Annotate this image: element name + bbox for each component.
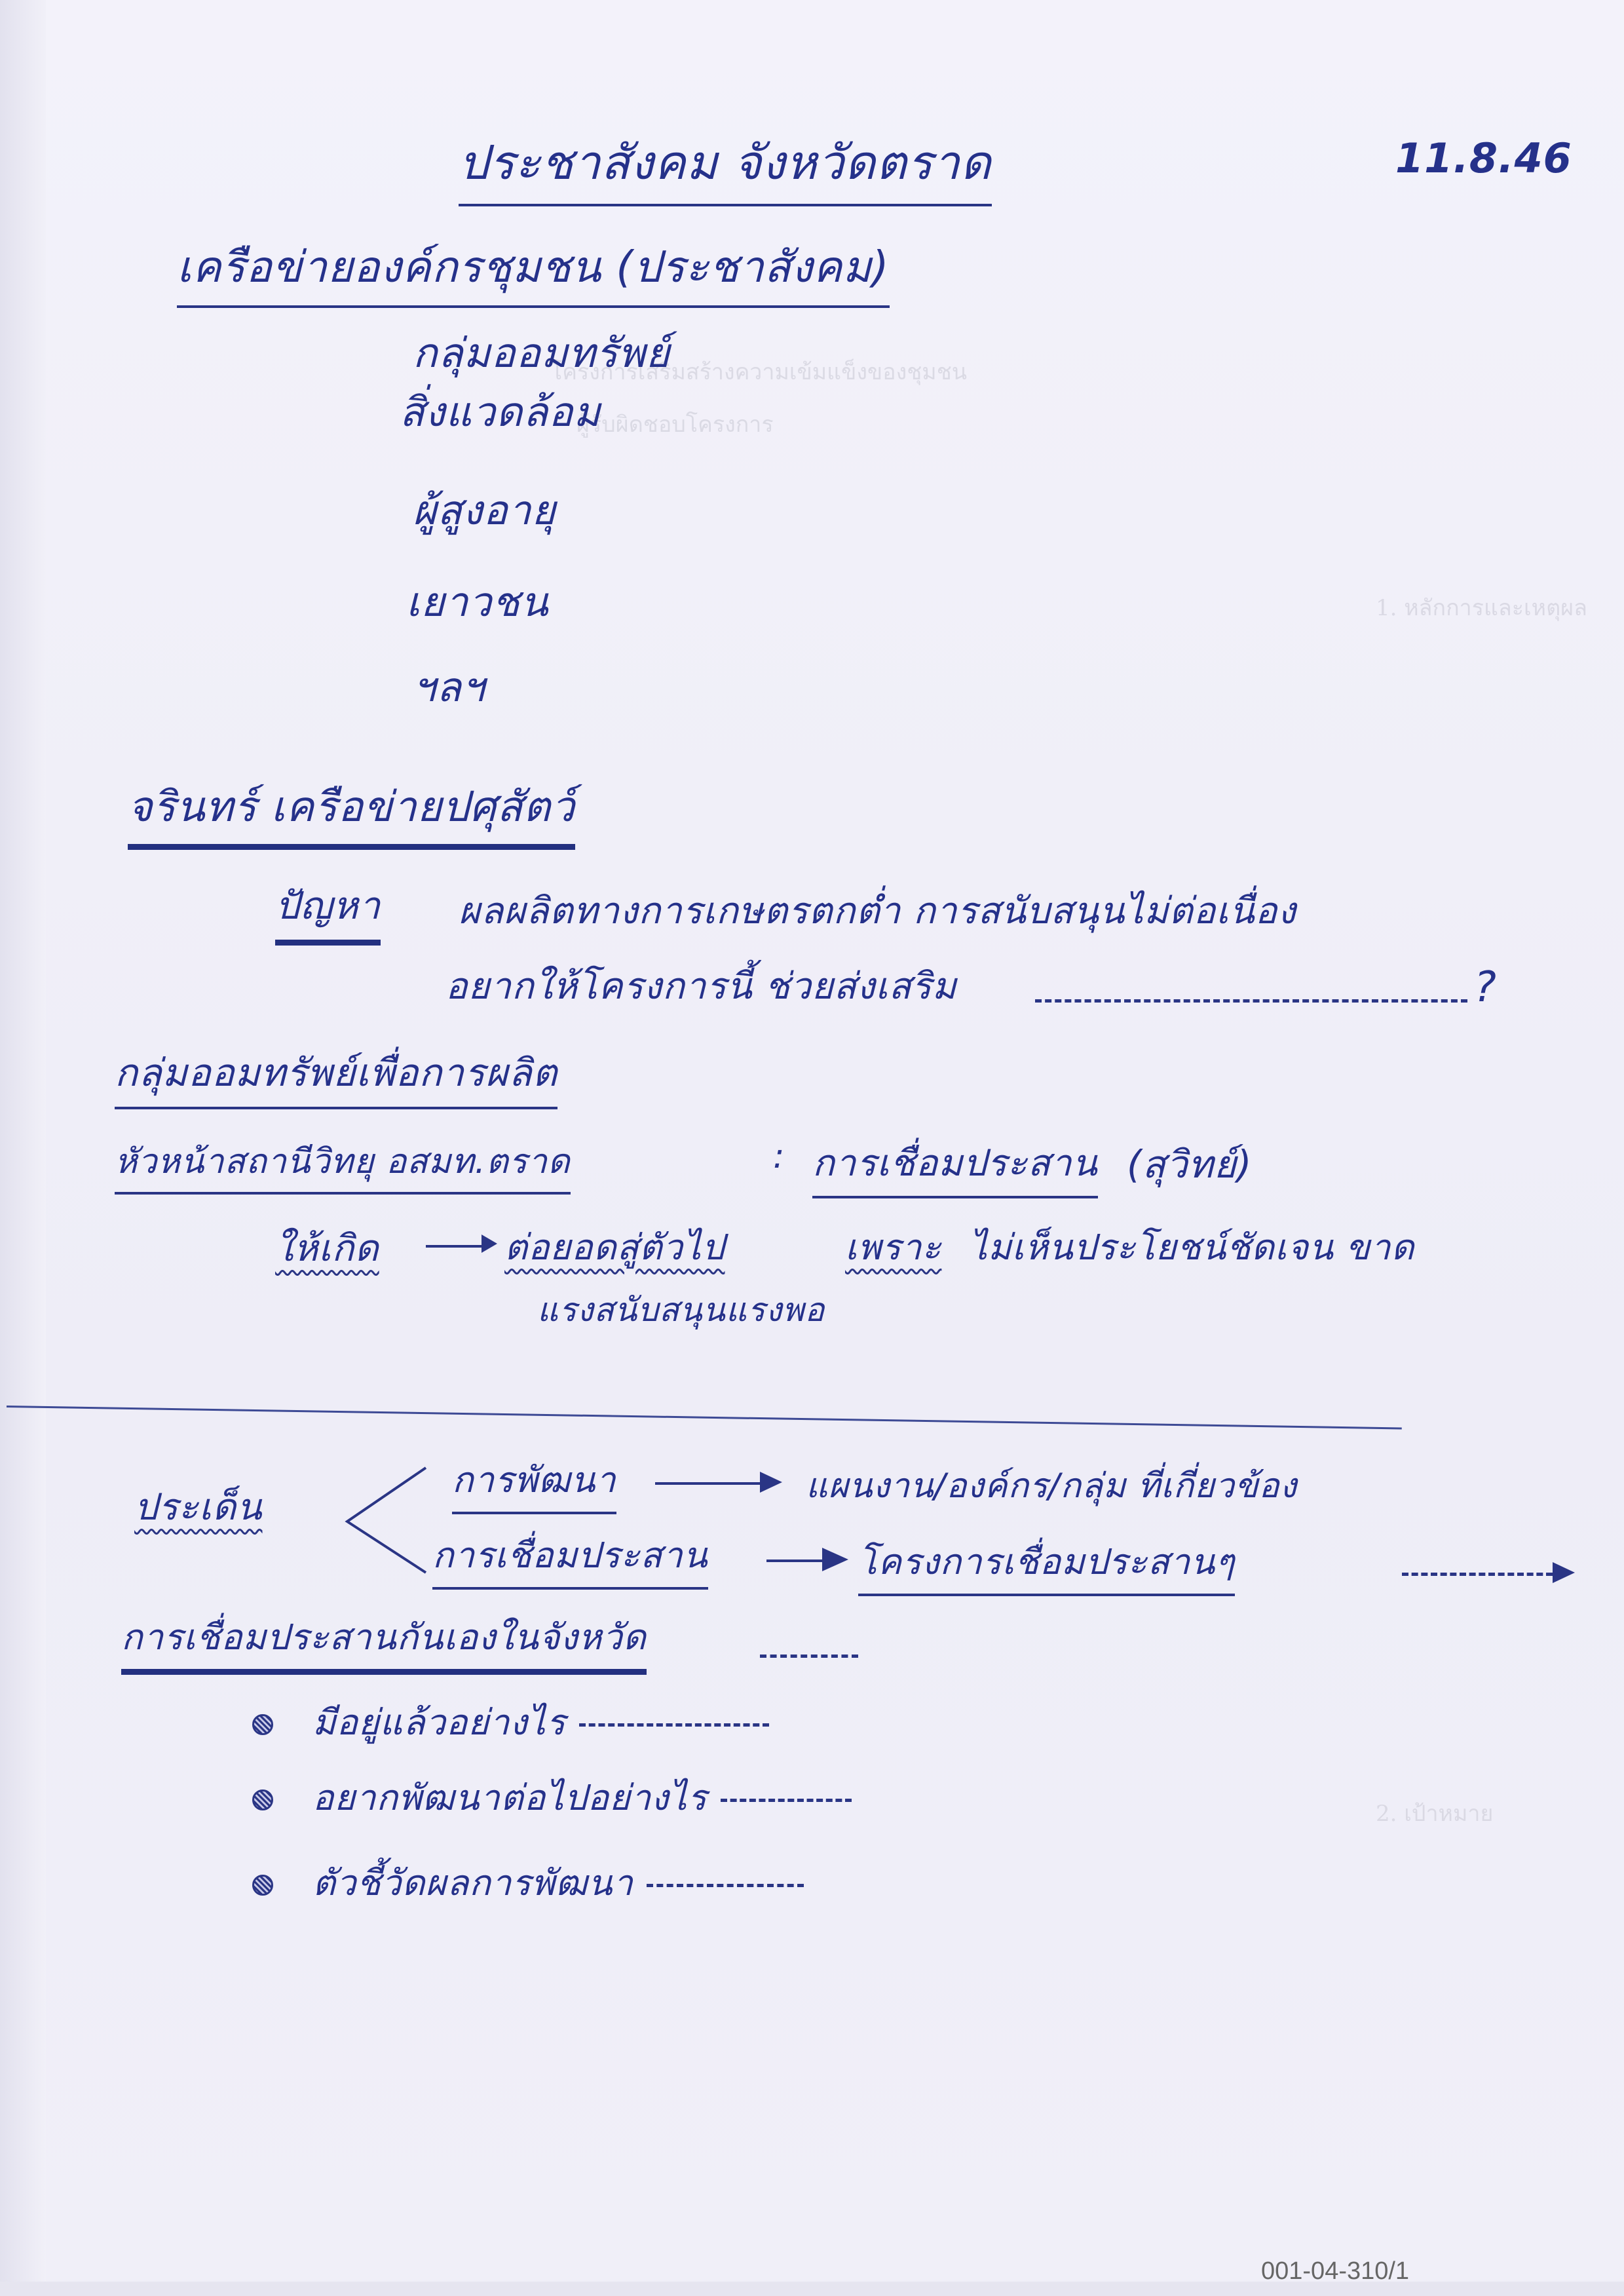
group-heading: กลุ่มออมทรัพย์เพื่อการผลิต [115, 1042, 557, 1109]
date: 11.8.46 [1395, 134, 1572, 182]
wish-question-mark: ? [1474, 963, 1497, 1012]
arrow-right-icon [482, 1234, 497, 1253]
scanned-page: โครงการเสริมสร้างความเข้มแข็งของชุมชน ผู… [0, 0, 1624, 2296]
bullet-text: อยากพัฒนาต่อไปอย่างไร [312, 1777, 708, 1818]
arrow-line [655, 1482, 766, 1485]
arrow-line [426, 1245, 485, 1248]
section-divider [7, 1406, 1402, 1429]
arrow-right-icon [1553, 1562, 1575, 1583]
reason-text-continued: แรงสนับสนุนแรงพอ [537, 1284, 825, 1336]
bullet-text: มีอยู่แล้วอย่างไร [312, 1702, 566, 1743]
network-item: เยาวชน [406, 570, 549, 634]
role-separator: : [773, 1137, 785, 1176]
speaker-topic: การเชื่อมประสาน [812, 1134, 1098, 1198]
document-code: 001-04-310/1 [1261, 2257, 1409, 2286]
blank-line [721, 1799, 852, 1802]
heading-dash-line [760, 1655, 858, 1658]
bullet-item: อยากพัฒนาต่อไปอย่างไร [252, 1769, 852, 1826]
bleed-through-text: ผู้รับผิดชอบโครงการ [576, 406, 774, 442]
network-heading: เครือข่ายองค์กรชุมชน (ประชาสังคม) [177, 233, 890, 308]
scan-edge-left [0, 0, 46, 2296]
branch-label: การพัฒนา [452, 1451, 616, 1514]
bullet-item: ตัวชี้วัดผลการพัฒนา [252, 1854, 804, 1911]
bullet-icon [252, 1789, 273, 1810]
bullet-item: มีอยู่แล้วอย่างไร [252, 1694, 769, 1750]
arrow-right-icon [822, 1548, 848, 1571]
speaker-role: หัวหน้าสถานีวิทยุ อสมท.ตราด [115, 1134, 571, 1195]
bullet-icon [252, 1714, 273, 1735]
because-label: เพราะ [845, 1219, 941, 1275]
bleed-through-text: 1. หลักการและเหตุผล [1376, 590, 1587, 625]
page-title: ประชาสังคม จังหวัดตราด [459, 124, 992, 206]
cause-text: ต่อยอดสู่ตัวไป [504, 1219, 725, 1275]
network-item: ผู้สูงอายุ [413, 478, 556, 543]
continuation-line [1402, 1573, 1553, 1576]
wish-text: อยากให้โครงการนี้ ช่วยส่งเสริม [445, 957, 957, 1015]
arrow-line [766, 1559, 825, 1562]
coordination-heading: การเชื่อมประสานกันเองในจังหวัด [121, 1609, 647, 1675]
problem-text: ผลผลิตทางการเกษตรตกต่ำ การสนับสนุนไม่ต่อ… [459, 881, 1296, 940]
branch-bracket-icon [341, 1461, 432, 1579]
bleed-through-text: 2. เป้าหมาย [1376, 1795, 1493, 1831]
branch-label: การเชื่อมประสาน [432, 1527, 708, 1590]
reason-text: ไม่เห็นประโยชน์ชัดเจน ขาด [970, 1219, 1414, 1275]
blank-line [579, 1723, 769, 1727]
bullet-icon [252, 1875, 273, 1896]
cause-label: ให้เกิด [275, 1219, 379, 1277]
branch-target: แผนงาน/องค์กร/กลุ่ม ที่เกี่ยวข้อง [806, 1458, 1297, 1512]
arrow-right-icon [760, 1472, 782, 1493]
speaker-network-heading: จรินทร์ เครือข่ายปศุสัตว์ [128, 773, 575, 850]
network-item: สิ่งแวดล้อม [400, 380, 601, 444]
issues-label: ประเด็น [134, 1478, 263, 1536]
bullet-text: ตัวชี้วัดผลการพัฒนา [312, 1862, 633, 1904]
branch-target: โครงการเชื่อมประสานๆ [858, 1533, 1235, 1596]
network-item: กลุ่มออมทรัพย์ [413, 321, 670, 385]
network-item: ฯลฯ [413, 655, 485, 719]
speaker-name: (สุวิทย์) [1127, 1134, 1252, 1195]
blank-line [647, 1884, 804, 1887]
wish-blank-line [1035, 999, 1467, 1003]
problem-label: ปัญหา [275, 875, 381, 946]
